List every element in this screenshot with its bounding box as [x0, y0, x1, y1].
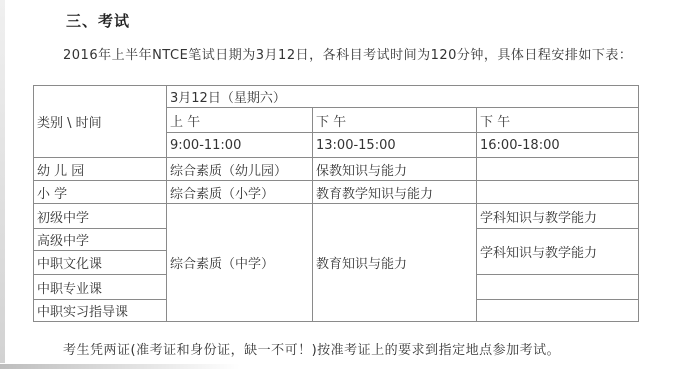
- cell-primary-late: [477, 181, 639, 204]
- category-vocational-culture: 中职文化课: [34, 251, 167, 275]
- cell-kindergarten-afternoon: 保教知识与能力: [313, 158, 477, 181]
- table-row: 幼 儿 园 综合素质（幼儿园） 保教知识与能力: [34, 158, 639, 181]
- footer-paragraph: 考生凭两证(准考证和身份证，缺一不可！)按准考证上的要求到指定地点参加考试。: [63, 339, 663, 358]
- table-row: 小 学 综合素质（小学） 教育教学知识与能力: [34, 181, 639, 204]
- cell-senior-vocational-late: 学科知识与教学能力: [477, 229, 639, 275]
- session-header-late-afternoon: 下 午: [477, 108, 639, 133]
- category-primary: 小 学: [34, 181, 167, 204]
- exam-schedule-table: 类别 \ 时间 3月12日（星期六） 上 午 下 午 下 午 9:00-11:0…: [33, 85, 639, 322]
- cell-voc-practice-late: [477, 300, 639, 322]
- page-edge-left: [0, 0, 5, 363]
- session-header-morning: 上 午: [167, 108, 313, 133]
- category-vocational-practice: 中职实习指导课: [34, 300, 167, 322]
- category-vocational-major: 中职专业课: [34, 275, 167, 300]
- cell-junior-late: 学科知识与教学能力: [477, 204, 639, 229]
- cell-kindergarten-morning: 综合素质（幼儿园）: [167, 158, 313, 181]
- category-senior-middle: 高级中学: [34, 229, 167, 251]
- cell-kindergarten-late: [477, 158, 639, 181]
- category-kindergarten: 幼 儿 园: [34, 158, 167, 181]
- cell-voc-major-late: [477, 275, 639, 300]
- cell-secondary-afternoon: 教育知识与能力: [313, 204, 477, 322]
- page-edge-bottom: [0, 364, 240, 369]
- intro-paragraph: 2016年上半年NTCE笔试日期为3月12日，各科目考试时间为120分钟，具体日…: [63, 44, 643, 63]
- table-row: 初级中学 综合素质（中学） 教育知识与能力 学科知识与教学能力: [34, 204, 639, 229]
- cell-primary-afternoon: 教育教学知识与能力: [313, 181, 477, 204]
- corner-header-cell: 类别 \ 时间: [34, 86, 167, 158]
- time-header-afternoon: 13:00-15:00: [313, 133, 477, 158]
- time-header-late-afternoon: 16:00-18:00: [477, 133, 639, 158]
- cell-primary-morning: 综合素质（小学）: [167, 181, 313, 204]
- cell-secondary-morning: 综合素质（中学）: [167, 204, 313, 322]
- session-header-afternoon: 下 午: [313, 108, 477, 133]
- category-junior-middle: 初级中学: [34, 204, 167, 229]
- time-header-morning: 9:00-11:00: [167, 133, 313, 158]
- table-row: 类别 \ 时间 3月12日（星期六）: [34, 86, 639, 108]
- section-title: 三、考试: [66, 10, 130, 31]
- date-header-cell: 3月12日（星期六）: [167, 86, 639, 108]
